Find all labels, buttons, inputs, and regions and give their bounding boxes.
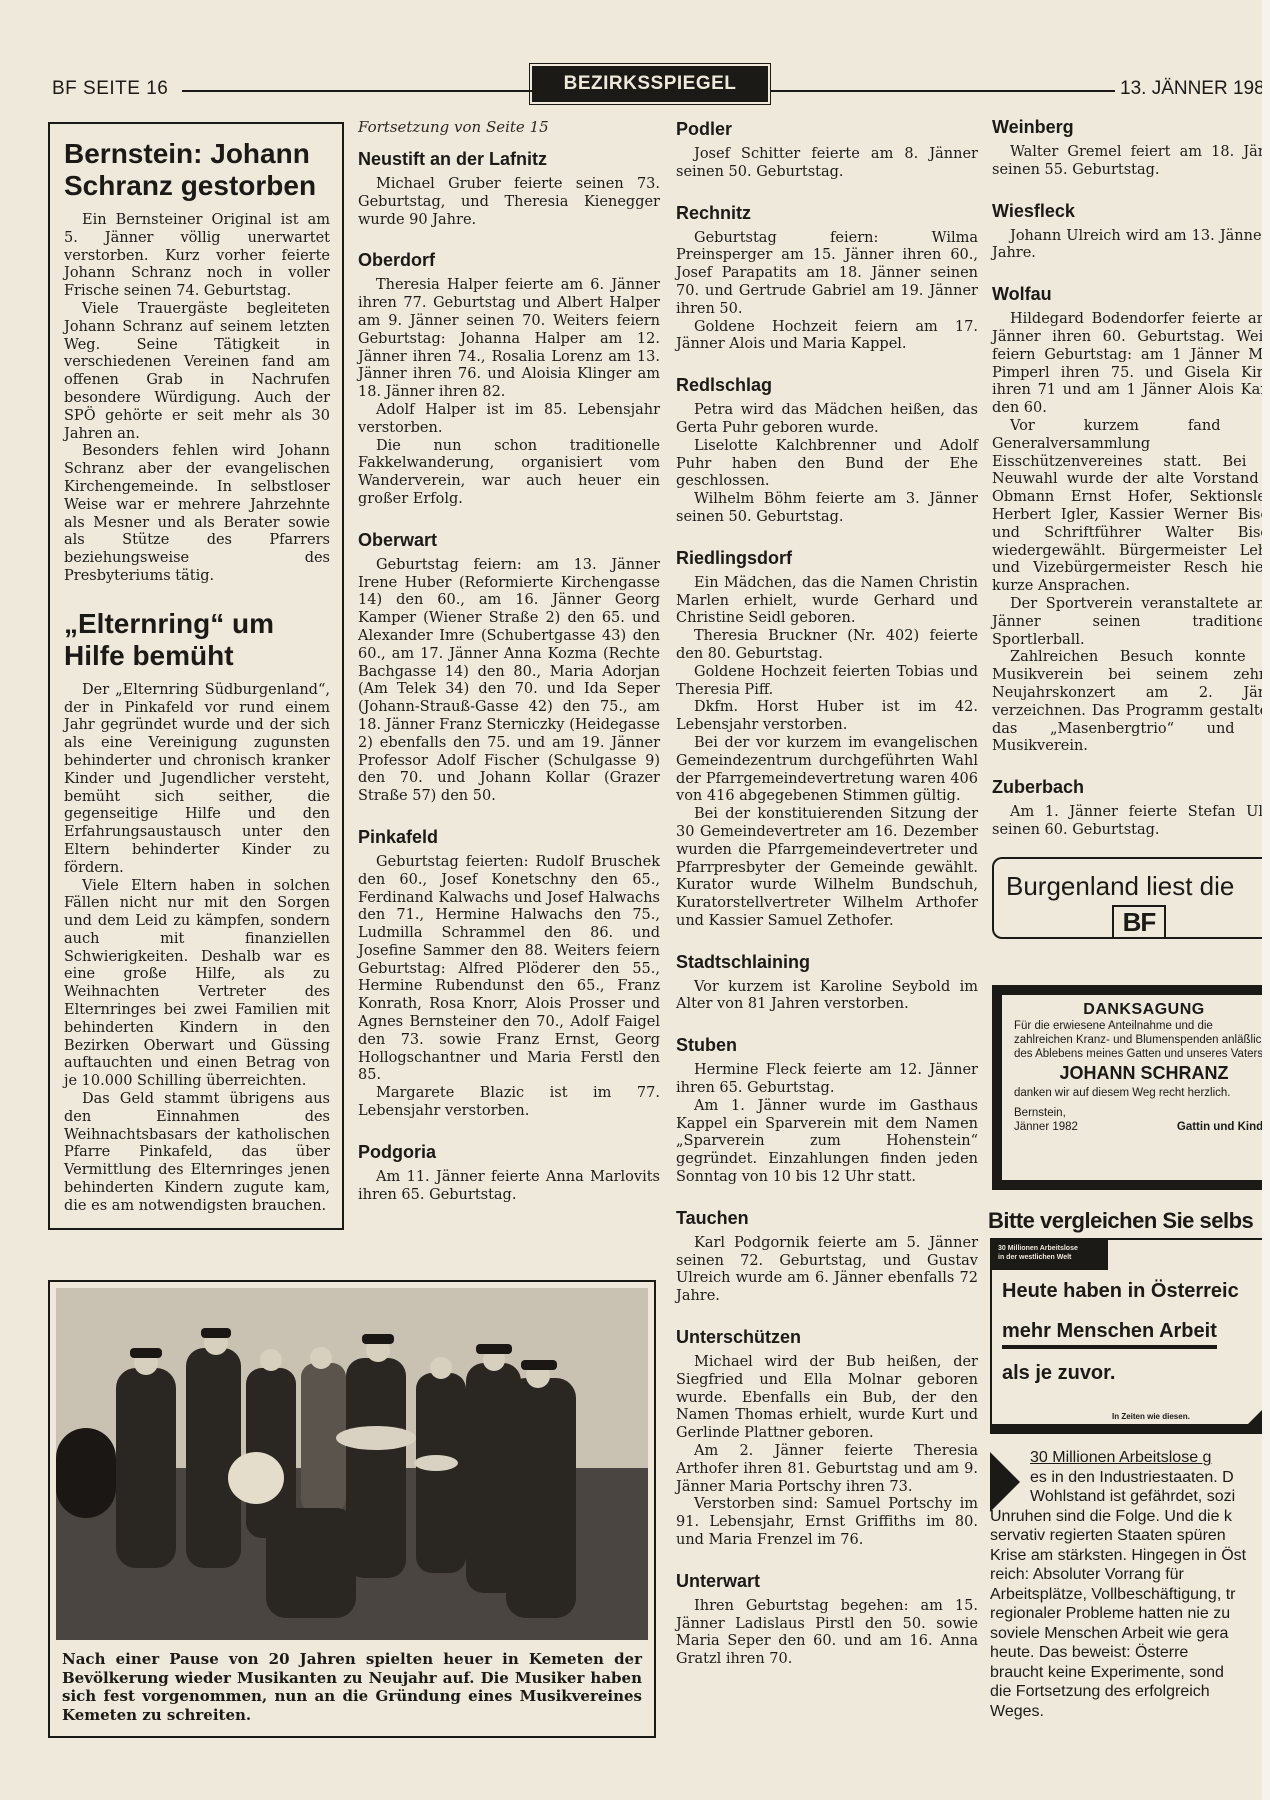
section-paragraph: Ihren Geburtstag begehen: am 15. Jänner …: [676, 1598, 978, 1669]
section-wiesfleck: Wiesfleck Johann Ulreich wird am 13. Jän…: [992, 200, 1270, 264]
musicians-photo-icon: [56, 1288, 648, 1640]
spoe-tag-line: in der westlichen Welt: [998, 1253, 1102, 1262]
spoe-body-line: es in den Industriestaaten. D: [990, 1468, 1270, 1488]
section-unterschuetzen: Unterschützen Michael wird der Bub heiße…: [676, 1326, 978, 1550]
section-zuberbach: Zuberbach Am 1. Jänner feierte Stefan Ul…: [992, 776, 1270, 840]
danksagung-place: Bernstein,: [1014, 1106, 1078, 1120]
section-paragraph: Goldene Hochzeit feierten Tobias und The…: [676, 664, 978, 700]
danksagung-title: DANKSAGUNG: [1014, 1001, 1270, 1019]
page-edge: [1262, 0, 1270, 1800]
section-rechnitz: Rechnitz Geburtstag feiern: Wilma Preins…: [676, 202, 978, 355]
article-paragraph: Der „Elternring Südburgenland“, der in P…: [64, 682, 330, 878]
section-heading: Rechnitz: [676, 202, 978, 224]
spoe-tag-line: 30 Millionen Arbeitslose: [998, 1244, 1102, 1253]
photo-figure: Nach einer Pause von 20 Jahren spielten …: [48, 1280, 656, 1738]
section-heading: Weinberg: [992, 116, 1270, 138]
bf-logo: BF: [1112, 905, 1166, 939]
section-paragraph: Geburtstag feierten: Rudolf Bruschek den…: [358, 854, 660, 1085]
article-elternring: „Elternring“ um Hilfe bemüht Der „Eltern…: [64, 608, 330, 1216]
section-heading: Oberdorf: [358, 249, 660, 271]
section-paragraph: Margarete Blazic ist im 77. Lebensjahr v…: [358, 1085, 660, 1121]
triangle-arrow-icon: [990, 1452, 1020, 1512]
article-bernstein: Bernstein: Johann Schranz gestorben Ein …: [64, 138, 330, 586]
bf-promo-text: Burgenland liest die: [1006, 871, 1234, 902]
spoe-body-line: servativ regierten Staaten spüren: [990, 1526, 1270, 1546]
article-title: „Elternring“ um Hilfe bemüht: [64, 608, 330, 672]
section-heading: Wiesfleck: [992, 200, 1270, 222]
article-paragraph: Viele Trauergäste begleiteten Johann Sch…: [64, 301, 330, 443]
column-4: Weinberg Walter Gremel feiert am 18. Jän…: [992, 116, 1270, 860]
section-paragraph: Johann Ulreich wird am 13. Jänner 75 Jah…: [992, 228, 1270, 264]
article-paragraph: Besonders fehlen wird Johann Schranz abe…: [64, 443, 330, 585]
section-paragraph: Die nun schon traditionelle Fakkelwander…: [358, 438, 660, 509]
section-paragraph: Bei der vor kurzem im evangelischen Geme…: [676, 735, 978, 806]
danksagung-footer: Bernstein, Jänner 1982 Gattin und Kinder: [1014, 1106, 1270, 1134]
section-paragraph: Adolf Halper ist im 85. Lebensjahr verst…: [358, 402, 660, 438]
spoe-ad-box: 30 Millionen Arbeitslose in der westlich…: [990, 1238, 1270, 1434]
section-paragraph: Walter Gremel feiert am 18. Jänner seine…: [992, 144, 1270, 180]
section-heading: Neustift an der Lafnitz: [358, 148, 660, 170]
section-paragraph: Wilhelm Böhm feierte am 3. Jänner seinen…: [676, 491, 978, 527]
danksagung-thanks: danken wir auf diesem Weg recht herzlich…: [1014, 1086, 1270, 1100]
section-heading: Oberwart: [358, 529, 660, 551]
section-tauchen: Tauchen Karl Podgornik feierte am 5. Jän…: [676, 1207, 978, 1306]
spoe-body-line: Weges.: [990, 1702, 1270, 1722]
section-paragraph: Vor kurzem fand die Generalversammlung d…: [992, 418, 1270, 596]
section-paragraph: Am 1. Jänner feierte Stefan Ulrich seine…: [992, 804, 1270, 840]
article-title: Bernstein: Johann Schranz gestorben: [64, 138, 330, 202]
issue-date: 13. JÄNNER 198: [1120, 78, 1265, 100]
section-paragraph: Verstorben sind: Samuel Portschy im 91. …: [676, 1496, 978, 1549]
section-neustift: Neustift an der Lafnitz Michael Gruber f…: [358, 148, 660, 229]
section-heading: Zuberbach: [992, 776, 1270, 798]
section-paragraph: Hermine Fleck feierte am 12. Jänner ihre…: [676, 1062, 978, 1098]
section-paragraph: Karl Podgornik feierte am 5. Jänner sein…: [676, 1235, 978, 1306]
spoe-body-line: Wohlstand ist gefährdet, sozi: [990, 1487, 1270, 1507]
spoe-body-line: heute. Das beweist: Österre: [990, 1643, 1270, 1663]
section-paragraph: Am 1. Jänner wurde im Gasthaus Kappel ei…: [676, 1098, 978, 1187]
section-heading: Stadtschlaining: [676, 951, 978, 973]
section-paragraph: Theresia Halper feierte am 6. Jänner ihr…: [358, 277, 660, 402]
section-paragraph: Vor kurzem ist Karoline Seybold im Alter…: [676, 979, 978, 1015]
section-heading: Wolfau: [992, 283, 1270, 305]
section-weinberg: Weinberg Walter Gremel feiert am 18. Jän…: [992, 116, 1270, 180]
danksagung-place-date: Bernstein, Jänner 1982: [1014, 1106, 1078, 1134]
article-paragraph: Das Geld stammt übrigens aus den Einnahm…: [64, 1091, 330, 1216]
spoe-body-line: soviele Menschen Arbeit wie gera: [990, 1624, 1270, 1644]
section-paragraph: Theresia Bruckner (Nr. 402) feierte den …: [676, 628, 978, 664]
section-paragraph: Michael wird der Bub heißen, der Siegfri…: [676, 1354, 978, 1443]
spoe-ad-body: 30 Millionen Arbeitslose g es in den Ind…: [990, 1448, 1270, 1721]
section-paragraph: Der Sportverein veranstaltete am 9. Jänn…: [992, 596, 1270, 649]
continuation-note: Fortsetzung von Seite 15: [358, 118, 660, 136]
section-heading: Podler: [676, 118, 978, 140]
section-oberwart: Oberwart Geburtstag feiern: am 13. Jänne…: [358, 529, 660, 806]
danksagung-signed: Gattin und Kinder: [1177, 1120, 1270, 1134]
spoe-body-line: braucht keine Experimente, sond: [990, 1663, 1270, 1683]
section-paragraph: Am 11. Jänner feierte Anna Marlovits ihr…: [358, 1169, 660, 1205]
spoe-body-line: die Fortsetzung des erfolgreich: [990, 1682, 1270, 1702]
section-heading: Podgoria: [358, 1141, 660, 1163]
article-paragraph: Viele Eltern haben in solchen Fällen nic…: [64, 878, 330, 1092]
danksagung-date: Jänner 1982: [1014, 1120, 1078, 1134]
section-pinkafeld: Pinkafeld Geburtstag feierten: Rudolf Br…: [358, 826, 660, 1121]
spoe-body-line: 30 Millionen Arbeitslose g: [990, 1448, 1270, 1468]
section-unterwart: Unterwart Ihren Geburtstag begehen: am 1…: [676, 1570, 978, 1669]
section-stuben: Stuben Hermine Fleck feierte am 12. Jänn…: [676, 1034, 978, 1187]
spoe-ad-line: Heute haben in Österreic: [1002, 1280, 1239, 1303]
section-paragraph: Liselotte Kalchbrenner und Adolf Puhr ha…: [676, 438, 978, 491]
section-paragraph: Hildegard Bodendorfer feierte am 2. Jänn…: [992, 311, 1270, 418]
article-paragraph: Ein Bernsteiner Original ist am 5. Jänne…: [64, 212, 330, 301]
deceased-name: JOHANN SCHRANZ: [1014, 1063, 1270, 1084]
section-heading: Unterschützen: [676, 1326, 978, 1348]
danksagung-notice: DANKSAGUNG Für die erwiesene Anteilnahme…: [992, 985, 1270, 1190]
spoe-ad-tag: 30 Millionen Arbeitslose in der westlich…: [992, 1240, 1108, 1270]
section-paragraph: Michael Gruber feierte seinen 73. Geburt…: [358, 176, 660, 229]
spoe-body-line: Krise am stärksten. Hingegen in Öst: [990, 1546, 1270, 1566]
danksagung-body: Für die erwiesene Anteilnahme und die za…: [1014, 1019, 1270, 1061]
section-paragraph: Am 2. Jänner feierte Theresia Arthofer i…: [676, 1443, 978, 1496]
section-paragraph: Dkfm. Horst Huber ist im 42. Lebensjahr …: [676, 699, 978, 735]
section-paragraph: Ein Mädchen, das die Namen Christin Marl…: [676, 575, 978, 628]
section-oberdorf: Oberdorf Theresia Halper feierte am 6. J…: [358, 249, 660, 508]
photo-musicians: [56, 1288, 648, 1640]
spoe-body-line: regionaler Probleme hatten nie zu: [990, 1604, 1270, 1624]
section-paragraph: Geburtstag feiern: Wilma Preinsperger am…: [676, 230, 978, 319]
boxed-articles: Bernstein: Johann Schranz gestorben Ein …: [48, 122, 344, 1230]
photo-caption: Nach einer Pause von 20 Jahren spielten …: [62, 1650, 642, 1724]
section-paragraph: Josef Schitter feierte am 8. Jänner sein…: [676, 146, 978, 182]
section-heading: Stuben: [676, 1034, 978, 1056]
bf-promo-ad: Burgenland liest die BF: [992, 857, 1270, 939]
spoe-ad-line: als je zuvor.: [1002, 1362, 1115, 1385]
spoe-body-line: Arbeitsplätze, Vollbeschäftigung, tr: [990, 1585, 1270, 1605]
column-3: Podler Josef Schitter feierte am 8. Jänn…: [676, 118, 978, 1689]
spoe-body-line: reich: Absoluter Vorrang für: [990, 1565, 1270, 1585]
section-podler: Podler Josef Schitter feierte am 8. Jänn…: [676, 118, 978, 182]
section-paragraph: Bei der konstituierenden Sitzung der 30 …: [676, 806, 978, 931]
section-heading: Unterwart: [676, 1570, 978, 1592]
section-paragraph: Petra wird das Mädchen heißen, das Gerta…: [676, 402, 978, 438]
section-paragraph: Goldene Hochzeit feiern am 17. Jänner Al…: [676, 319, 978, 355]
spoe-slogan: In Zeiten wie diesen.: [1112, 1412, 1190, 1421]
section-heading: Pinkafeld: [358, 826, 660, 848]
header-rule-right: [770, 90, 1115, 92]
section-badge: BEZIRKSSPIEGEL: [532, 66, 768, 102]
header-rule-left: [182, 90, 532, 92]
section-paragraph: Zahlreichen Besuch konnte der Musikverei…: [992, 649, 1270, 756]
spoe-ad-line: mehr Menschen Arbeit: [1002, 1320, 1217, 1349]
section-paragraph: Geburtstag feiern: am 13. Jänner Irene H…: [358, 557, 660, 806]
section-podgoria: Podgoria Am 11. Jänner feierte Anna Marl…: [358, 1141, 660, 1205]
section-redlschlag: Redlschlag Petra wird das Mädchen heißen…: [676, 374, 978, 527]
section-heading: Riedlingsdorf: [676, 547, 978, 569]
section-wolfau: Wolfau Hildegard Bodendorfer feierte am …: [992, 283, 1270, 756]
column-2: Fortsetzung von Seite 15 Neustift an der…: [358, 118, 660, 1224]
section-stadtschlaining: Stadtschlaining Vor kurzem ist Karoline …: [676, 951, 978, 1015]
spoe-body-line: Unruhen sind die Folge. Und die k: [990, 1507, 1270, 1527]
page-number: BF SEITE 16: [52, 78, 168, 100]
section-heading: Redlschlag: [676, 374, 978, 396]
section-heading: Tauchen: [676, 1207, 978, 1229]
spoe-ad-headline: Bitte vergleichen Sie selbs: [988, 1208, 1253, 1234]
section-riedlingsdorf: Riedlingsdorf Ein Mädchen, das die Namen…: [676, 547, 978, 931]
